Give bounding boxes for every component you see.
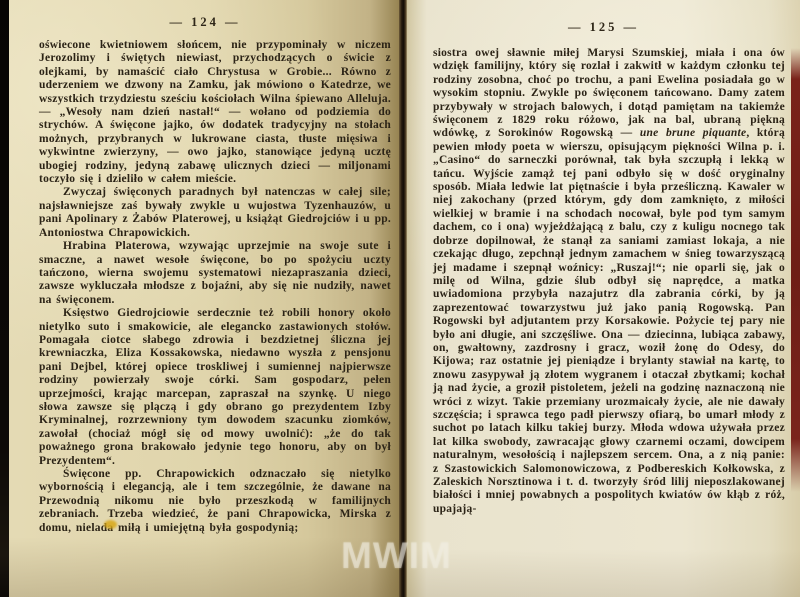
- page-125: — 125 — siostra owej sławnie miłej Marys…: [407, 0, 800, 597]
- paragraph-continuation: siostra owej sławnie miłej Marysi Szumsk…: [433, 47, 785, 516]
- book-gutter-fold: [399, 0, 407, 597]
- page-125-text: siostra owej sławnie miłej Marysi Szumsk…: [433, 47, 785, 516]
- text-segment: , którą pewien młody poeta w wierszu, op…: [433, 127, 785, 514]
- paragraph: Zwyczaj święconych paradnych był natencz…: [39, 186, 391, 240]
- paragraph: Hrabina Platerowa, wzywając uprzejmie na…: [39, 240, 391, 307]
- paragraph: Księstwo Giedrojciowie serdecznie też ro…: [39, 307, 391, 468]
- page-124-text: oświecone kwietniowem słońcem, nie przyp…: [39, 39, 391, 535]
- scan-left-edge: [0, 0, 9, 597]
- paper-stain: [104, 520, 117, 529]
- book-scan: — 124 — oświecone kwietniowem słońcem, n…: [0, 0, 800, 597]
- page-number-right: — 125 —: [407, 20, 800, 35]
- italic-french-phrase: une brune piquante: [640, 127, 746, 139]
- page-number-left: — 124 —: [9, 15, 401, 30]
- text-segment: siostra owej sławnie miłej Marysi Szumsk…: [433, 47, 785, 139]
- page-124: — 124 — oświecone kwietniowem słońcem, n…: [9, 0, 401, 597]
- scan-right-edge-maroon: [791, 48, 800, 492]
- paragraph: Święcone pp. Chrapowickich odznaczało si…: [39, 468, 391, 535]
- paragraph-continuation: oświecone kwietniowem słońcem, nie przyp…: [39, 39, 391, 186]
